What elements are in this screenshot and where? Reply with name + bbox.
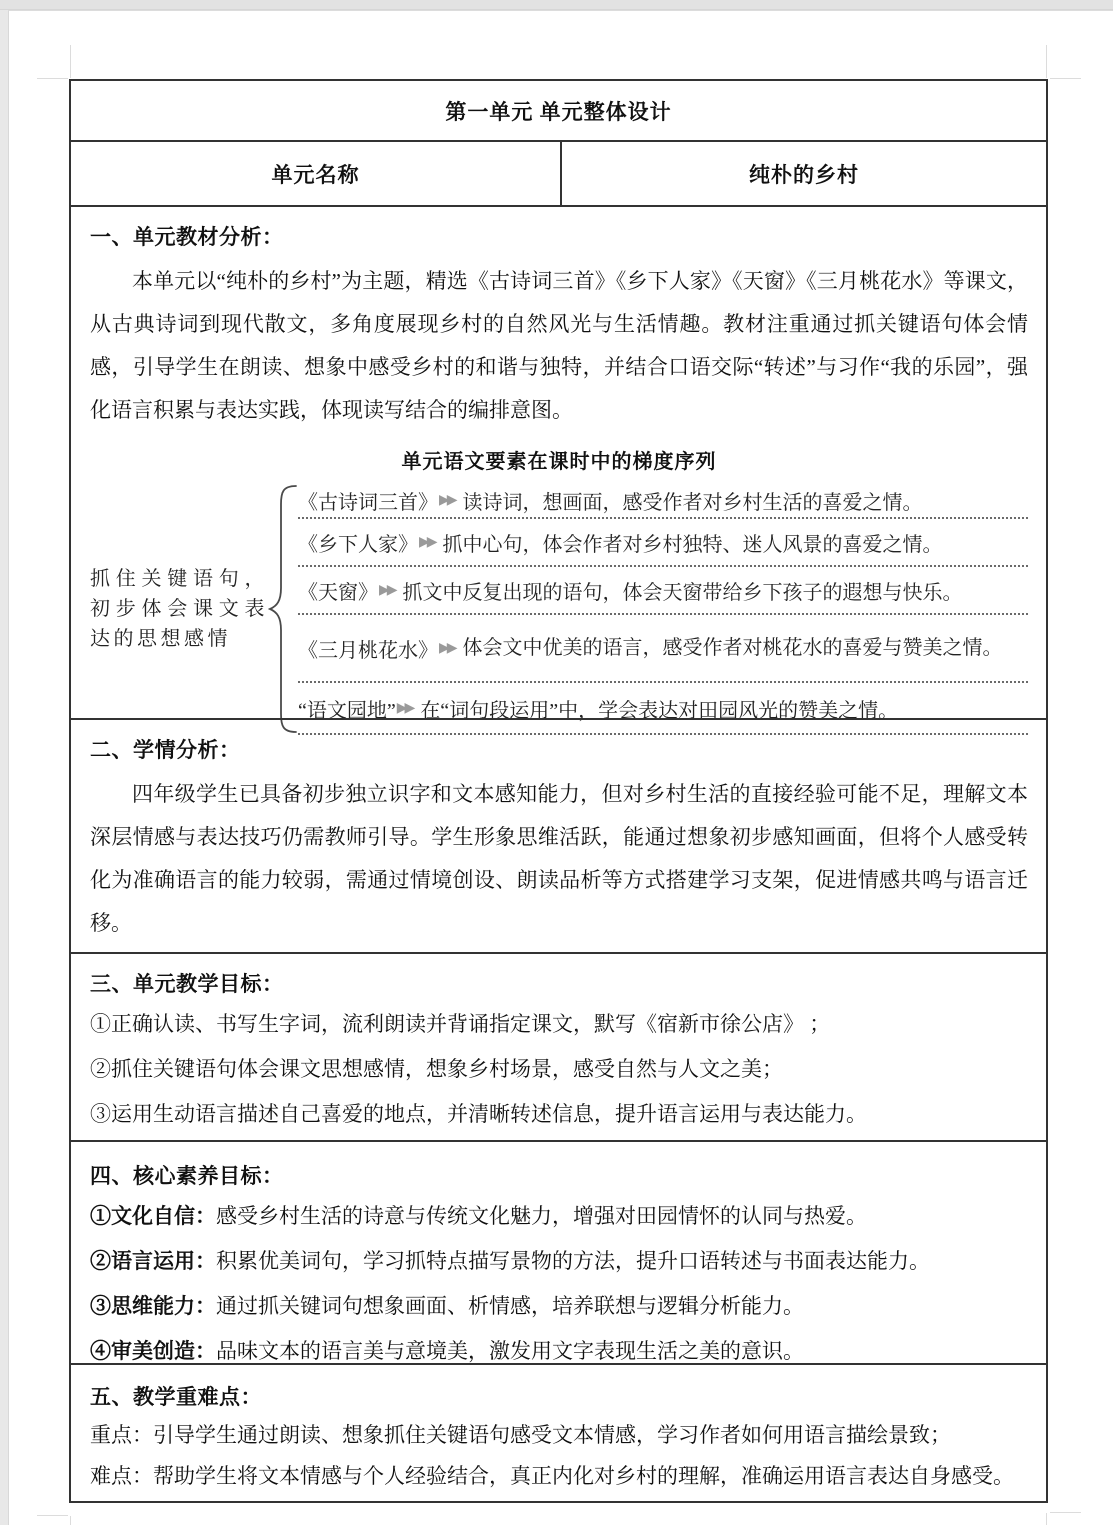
crop-mark-top-right-v — [1046, 45, 1047, 78]
difficult-point-label: 难点： — [90, 1464, 153, 1488]
double-arrow-icon: ▶▶ — [419, 534, 435, 551]
table-row-unit-name: 单元名称 纯朴的乡村 — [71, 140, 1046, 205]
section4-heading: 四、核心素养目标： — [90, 1158, 1028, 1194]
page-title: 第一单元 单元整体设计 — [445, 96, 671, 126]
diagram-item: 《三月桃花水》 ▶▶ 体会文中优美的语言，感受作者对桃花水的喜爱与赞美之情。 — [298, 615, 1028, 683]
gradient-diagram: 抓住关键语句，初步体会课文表达的思想感情 《古诗词三首》 ▶▶ 读诗词，想画面，… — [90, 483, 1028, 735]
key-point-text: 引导学生通过朗读、想象抓住关键语句感受文本情感，学习作者如何用语言描绘景致； — [153, 1423, 951, 1447]
goal-item: ②抓住关键语句体会课文思想感情，想象乡村场景，感受自然与人文之美； — [90, 1047, 1028, 1092]
section1-heading: 一、单元教材分析： — [90, 219, 1028, 255]
curly-brace-icon — [268, 483, 298, 735]
key-point-line: 重点：引导学生通过朗读、想象抓住关键语句感受文本情感，学习作者如何用语言描绘景致… — [90, 1415, 1028, 1456]
goal-item: ③运用生动语言描述自己喜爱的地点，并清晰转述信息，提升语言运用与表达能力。 — [90, 1092, 1028, 1137]
crop-mark-bottom-left-h — [37, 1515, 68, 1516]
crop-mark-bottom-right-v — [1046, 1513, 1047, 1525]
literacy-item: ②语言运用：积累优美词句，学习抓特点描写景物的方法，提升口语转述与书面表达能力。 — [90, 1239, 1028, 1284]
crop-mark-top-left-h — [37, 78, 68, 79]
diagram-title: 单元语文要素在课时中的梯度序列 — [90, 445, 1028, 474]
literacy-item-text: 感受乡村生活的诗意与传统文化魅力，增强对田园情怀的认同与热爱。 — [216, 1204, 867, 1228]
double-arrow-icon: ▶▶ — [379, 582, 395, 599]
lesson-title: 《古诗词三首》 — [298, 486, 438, 515]
unit-name-value-cell: 纯朴的乡村 — [562, 142, 1046, 205]
diagram-item: 《乡下人家》 ▶▶ 抓中心句，体会作者对乡村独特、迷人风景的喜爱之情。 — [298, 519, 1028, 567]
section3-heading: 三、单元教学目标： — [90, 966, 1028, 1002]
goal-item: ①正确认读、书写生字词，流利朗读并背诵指定课文，默写《宿新市徐公店》 ； — [90, 1002, 1028, 1047]
section-material-analysis: 一、单元教材分析： 本单元以“纯朴的乡村”为主题，精选《古诗词三首》《乡下人家》… — [71, 205, 1046, 718]
section-teaching-goals: 三、单元教学目标： ①正确认读、书写生字词，流利朗读并背诵指定课文，默写《宿新市… — [71, 952, 1046, 1140]
double-arrow-icon: ▶▶ — [397, 700, 413, 717]
unit-name-label: 单元名称 — [272, 159, 360, 189]
literacy-item-text: 通过抓关键词句想象画面、析情感，培养联想与逻辑分析能力。 — [216, 1294, 804, 1318]
difficult-point-text: 帮助学生将文本情感与个人经验结合，真正内化对乡村的理解，准确运用语言表达自身感受… — [153, 1464, 1014, 1488]
unit-name-label-cell: 单元名称 — [71, 142, 562, 205]
key-point-label: 重点： — [90, 1423, 153, 1447]
lesson-goal: 读诗词，想画面，感受作者对乡村生活的喜爱之情。 — [463, 486, 923, 515]
table-row-title: 第一单元 单元整体设计 — [71, 81, 1046, 140]
lesson-goal: 抓中心句，体会作者对乡村独特、迷人风景的喜爱之情。 — [443, 528, 943, 557]
crop-mark-bottom-left-v — [70, 1516, 71, 1525]
difficult-point-line: 难点：帮助学生将文本情感与个人经验结合，真正内化对乡村的理解，准确运用语言表达自… — [90, 1456, 1028, 1497]
section-key-difficult-points: 五、教学重难点： 重点：引导学生通过朗读、想象抓住关键语句感受文本情感，学习作者… — [71, 1363, 1046, 1501]
lesson-title: 《乡下人家》 — [298, 528, 418, 557]
diagram-item: 《古诗词三首》 ▶▶ 读诗词，想画面，感受作者对乡村生活的喜爱之情。 — [298, 483, 1028, 519]
lesson-goal: 抓文中反复出现的语句，体会天窗带给乡下孩子的遐想与快乐。 — [403, 576, 963, 605]
double-arrow-icon: ▶▶ — [439, 640, 455, 657]
literacy-item-label: ③思维能力： — [90, 1294, 216, 1318]
literacy-item-label: ①文化自信： — [90, 1204, 216, 1228]
unit-design-table: 第一单元 单元整体设计 单元名称 纯朴的乡村 一、单元教材分析： 本单元以“纯朴… — [69, 79, 1048, 1503]
literacy-item: ①文化自信：感受乡村生活的诗意与传统文化魅力，增强对田园情怀的认同与热爱。 — [90, 1194, 1028, 1239]
diagram-item-list: 《古诗词三首》 ▶▶ 读诗词，想画面，感受作者对乡村生活的喜爱之情。 《乡下人家… — [298, 483, 1028, 735]
section5-heading: 五、教学重难点： — [90, 1379, 1028, 1415]
double-arrow-icon: ▶▶ — [439, 492, 455, 509]
section2-paragraph: 四年级学生已具备初步独立识字和文本感知能力，但对乡村生活的直接经验可能不足，理解… — [90, 773, 1028, 945]
section1-paragraph: 本单元以“纯朴的乡村”为主题，精选《古诗词三首》《乡下人家》《天窗》《三月桃花水… — [90, 260, 1028, 432]
literacy-item-text: 品味文本的语言美与意境美，激发用文字表现生活之美的意识。 — [216, 1339, 804, 1363]
unit-name-value: 纯朴的乡村 — [749, 159, 859, 189]
section-core-literacy-goals: 四、核心素养目标： ①文化自信：感受乡村生活的诗意与传统文化魅力，增强对田园情怀… — [71, 1140, 1046, 1363]
literacy-item-text: 积累优美词句，学习抓特点描写景物的方法，提升口语转述与书面表达能力。 — [216, 1249, 930, 1273]
lesson-goal: 体会文中优美的语言，感受作者对桃花水的喜爱与赞美之情。 — [463, 632, 1028, 665]
diagram-item: 《天窗》 ▶▶ 抓文中反复出现的语句，体会天窗带给乡下孩子的遐想与快乐。 — [298, 567, 1028, 615]
editor-canvas-top — [0, 0, 1113, 10]
crop-mark-bottom-right-h — [1050, 1512, 1081, 1513]
lesson-title: 《三月桃花水》 — [298, 634, 438, 663]
section2-heading: 二、学情分析： — [90, 732, 1028, 768]
literacy-item: ③思维能力：通过抓关键词句想象画面、析情感，培养联想与逻辑分析能力。 — [90, 1284, 1028, 1329]
lesson-title: 《天窗》 — [298, 576, 378, 605]
crop-mark-top-right-h — [1050, 78, 1081, 79]
diagram-side-label: 抓住关键语句，初步体会课文表达的思想感情 — [90, 564, 268, 654]
section-learner-analysis: 二、学情分析： 四年级学生已具备初步独立识字和文本感知能力，但对乡村生活的直接经… — [71, 718, 1046, 952]
literacy-item-label: ②语言运用： — [90, 1249, 216, 1273]
crop-mark-top-left-v — [70, 45, 71, 78]
literacy-item-label: ④审美创造： — [90, 1339, 216, 1363]
editor-canvas-left — [0, 10, 8, 1525]
